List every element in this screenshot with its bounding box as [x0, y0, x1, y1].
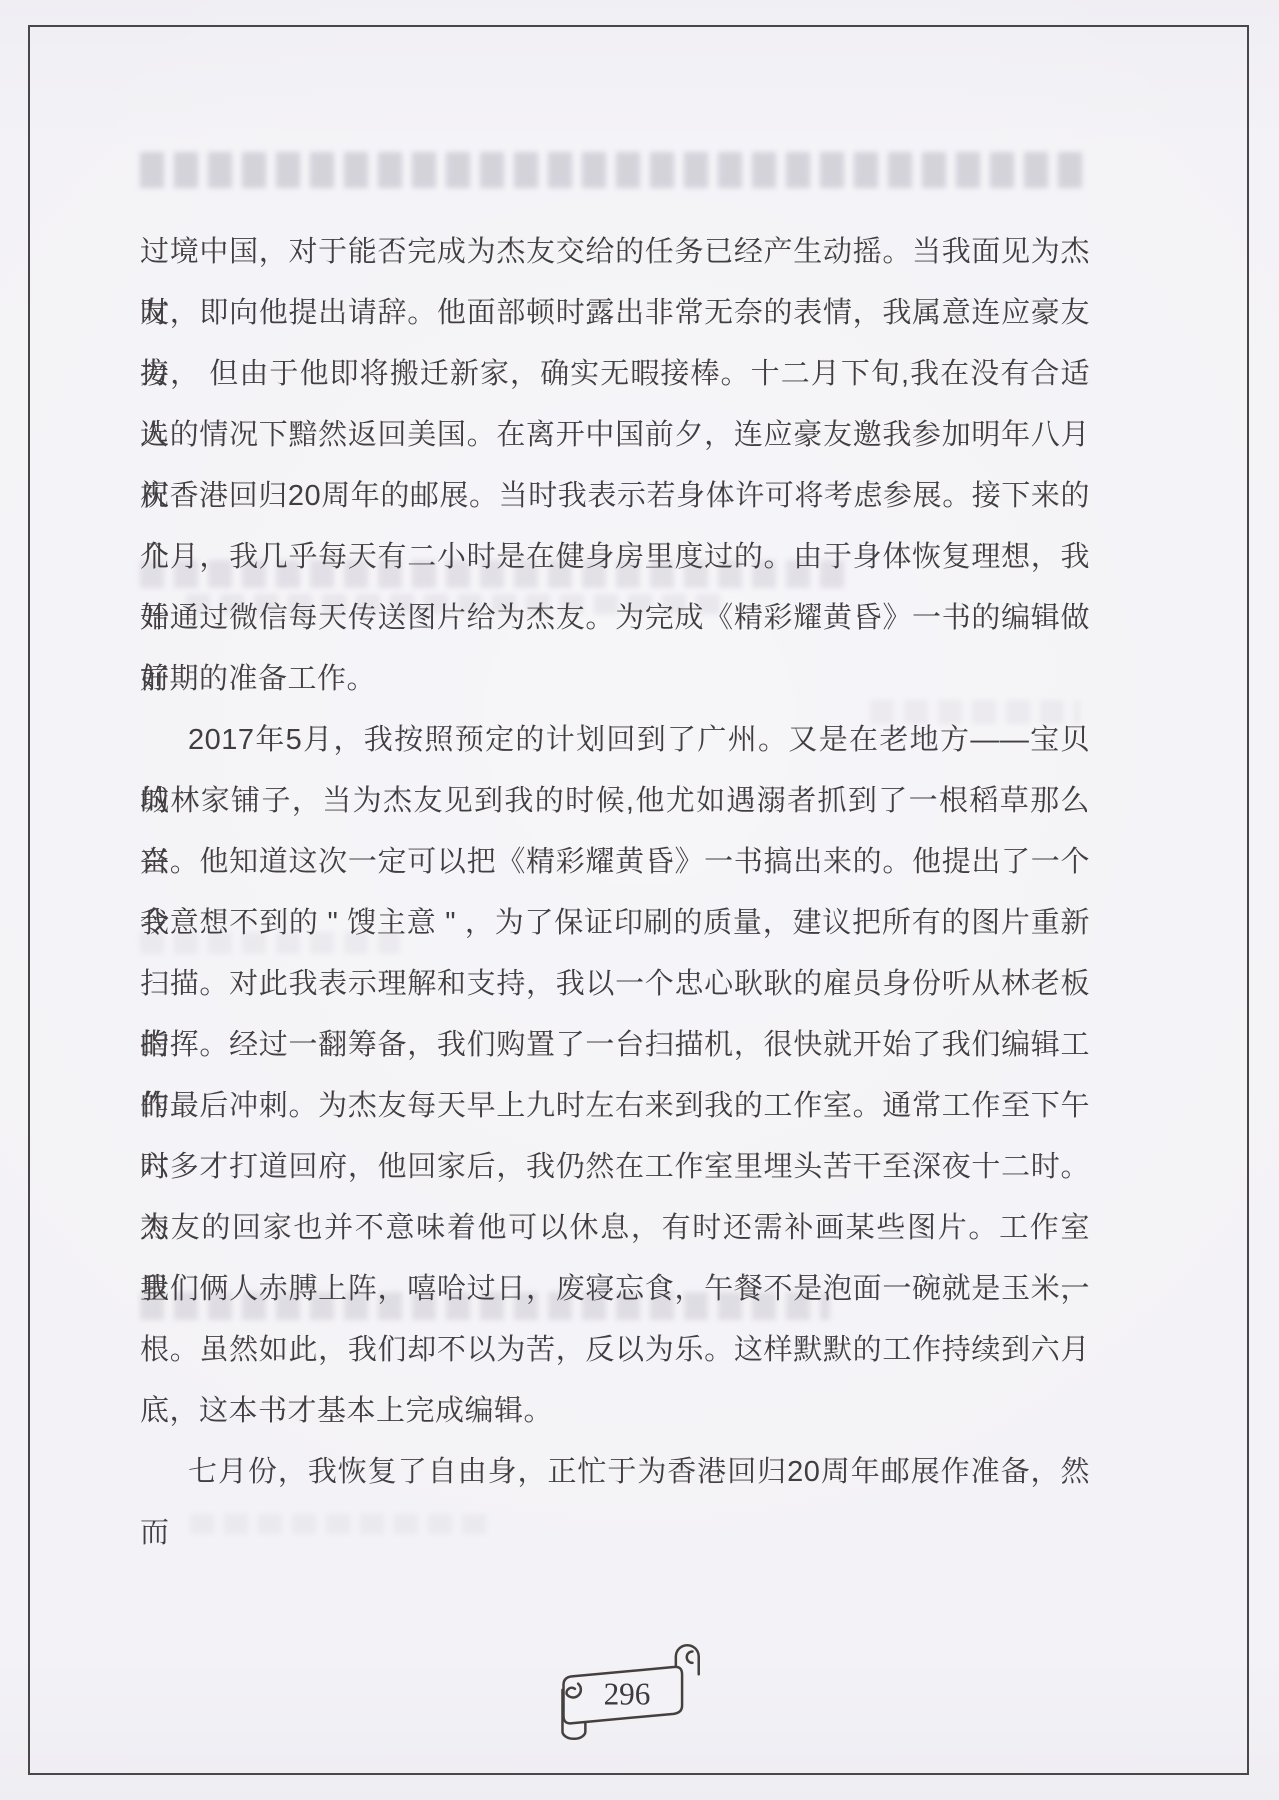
- text-line: 2017年5月，我按照预定的计划回到了广州。又是在老地方——宝贝城: [140, 710, 1090, 771]
- page-number-scroll: 296: [550, 1640, 706, 1744]
- body-text: 过境中国，对于能否完成为杰友交给的任务已经产生动摇。当我面见为杰友时，即向他提出…: [140, 222, 1090, 1503]
- text-line: 底，这本书才基本上完成编辑。: [140, 1381, 1090, 1442]
- text-line: 扫描。对此我表示理解和支持，我以一个忠心耿耿的雇员身份听从林老板的: [140, 954, 1090, 1015]
- page-number: 296: [604, 1676, 651, 1711]
- text-line: 个月，我几乎每天有二小时是在健身房里度过的。由于身体恢复理想，我开: [140, 527, 1090, 588]
- text-line: 前期的准备工作。: [140, 649, 1090, 710]
- text-line: 过境中国，对于能否完成为杰友交给的任务已经产生动摇。当我面见为杰友: [140, 222, 1090, 283]
- text-line: 时多才打道回府，他回家后，我仍然在工作室里埋头苦干至深夜十二时。为: [140, 1137, 1090, 1198]
- text-line: 我们俩人赤膊上阵，嘻哈过日，废寝忘食，午餐不是泡面一碗就是玉米一: [140, 1259, 1090, 1320]
- text-line: 力， 但由于他即将搬迁新家，确实无暇接棒。十二月下旬,我在没有合适人: [140, 344, 1090, 405]
- text-line: 奋。他知道这次一定可以把《精彩耀黄昏》一书搞出来的。他提出了一个令: [140, 832, 1090, 893]
- text-line: 根。虽然如此，我们却不以为苦，反以为乐。这样默默的工作持续到六月: [140, 1320, 1090, 1381]
- text-line: 时，即向他提出请辞。他面部顿时露出非常无奈的表情，我属意连应豪友接: [140, 283, 1090, 344]
- text-line: 杰友的回家也并不意味着他可以休息，有时还需补画某些图片。工作室里，: [140, 1198, 1090, 1259]
- text-line: 的最后冲刺。为杰友每天早上九时左右来到我的工作室。通常工作至下午六: [140, 1076, 1090, 1137]
- text-line: 七月份，我恢复了自由身，正忙于为香港回归20周年邮展作准备，然而: [140, 1442, 1090, 1503]
- text-line: 祝香港回归20周年的邮展。当时我表示若身体许可将考虑参展。接下来的几: [140, 466, 1090, 527]
- text-line: 的林家铺子，当为杰友见到我的时候,他尤如遇溺者抓到了一根稻草那么兴: [140, 771, 1090, 832]
- text-line: 我意想不到的 " 馊主意 " ，为了保证印刷的质量，建议把所有的图片重新: [140, 893, 1090, 954]
- text-line: 选的情况下黯然返回美国。在离开中国前夕，连应豪友邀我参加明年八月庆: [140, 405, 1090, 466]
- text-line: 始通过微信每天传送图片给为杰友。为完成《精彩耀黄昏》一书的编辑做好: [140, 588, 1090, 649]
- text-line: 指挥。经过一翻筹备，我们购置了一台扫描机，很快就开始了我们编辑工作: [140, 1015, 1090, 1076]
